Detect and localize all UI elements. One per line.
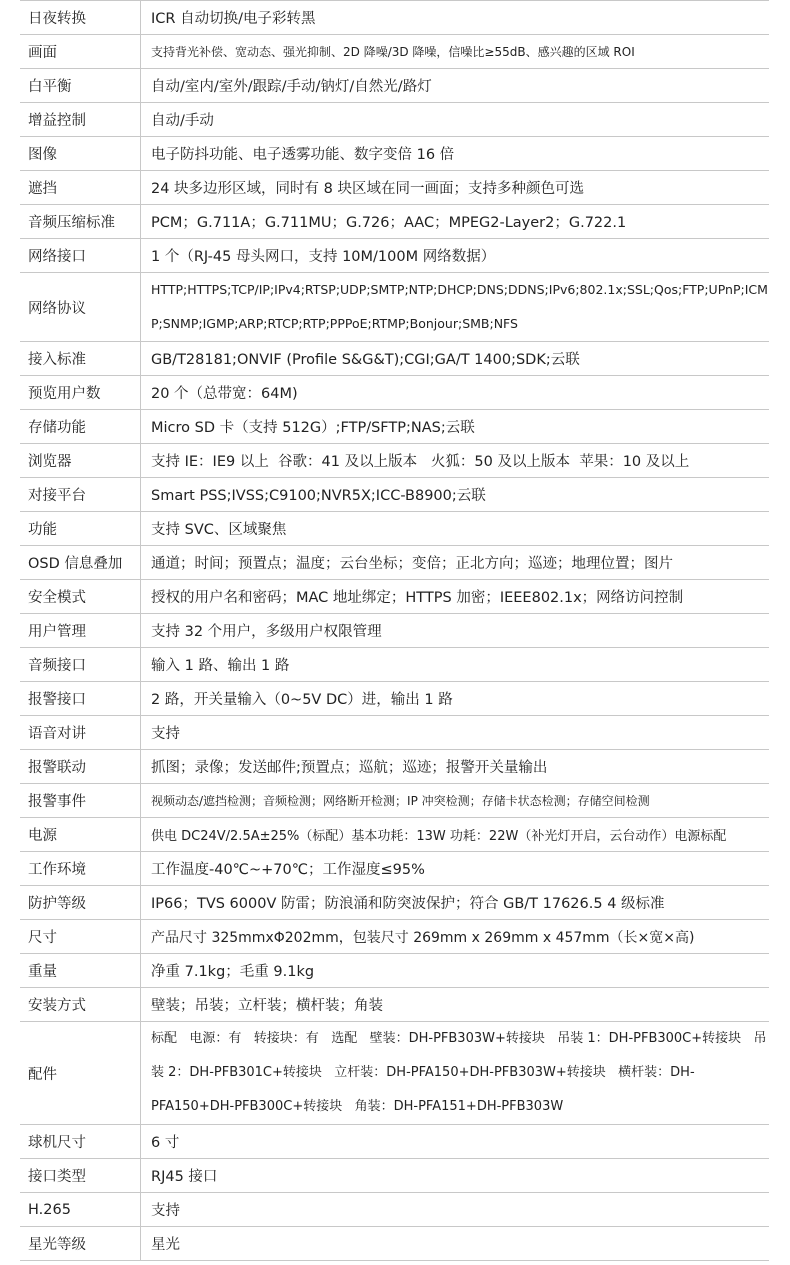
spec-label: OSD 信息叠加 <box>20 546 141 580</box>
spec-value: 供电 DC24V/2.5A±25%（标配）基本功耗：13W 功耗：22W（补光灯… <box>141 818 770 852</box>
spec-label: 接入标准 <box>20 342 141 376</box>
spec-value: 1 个（RJ-45 母头网口，支持 10M/100M 网络数据） <box>141 239 770 273</box>
spec-value: RJ45 接口 <box>141 1159 770 1193</box>
table-row: 工作环境工作温度-40℃~+70℃；工作湿度≤95% <box>20 852 769 886</box>
table-row: 音频压缩标准PCM；G.711A；G.711MU；G.726；AAC；MPEG2… <box>20 205 769 239</box>
table-row: 存储功能Micro SD 卡（支持 512G）;FTP/SFTP;NAS;云联 <box>20 410 769 444</box>
spec-label: 存储功能 <box>20 410 141 444</box>
spec-value: 视频动态/遮挡检测；音频检测；网络断开检测；IP 冲突检测；存储卡状态检测；存储… <box>141 784 770 818</box>
spec-label: 增益控制 <box>20 103 141 137</box>
spec-value: Smart PSS;IVSS;C9100;NVR5X;ICC-B8900;云联 <box>141 478 770 512</box>
spec-value: 自动/室内/室外/跟踪/手动/钠灯/自然光/路灯 <box>141 69 770 103</box>
table-row: 尺寸产品尺寸 325mmxΦ202mm，包装尺寸 269mm x 269mm x… <box>20 920 769 954</box>
spec-label: 用户管理 <box>20 614 141 648</box>
table-row: 星光等级星光 <box>20 1227 769 1261</box>
spec-label: 星光等级 <box>20 1227 141 1261</box>
spec-label: 工作环境 <box>20 852 141 886</box>
spec-value: 电子防抖功能、电子透雾功能、数字变倍 16 倍 <box>141 137 770 171</box>
table-row: 报警联动抓图；录像；发送邮件;预置点；巡航；巡迹；报警开关量输出 <box>20 750 769 784</box>
spec-label: 浏览器 <box>20 444 141 478</box>
table-row: 接入标准GB/T28181;ONVIF (Profile S&G&T);CGI;… <box>20 342 769 376</box>
table-row: 图像电子防抖功能、电子透雾功能、数字变倍 16 倍 <box>20 137 769 171</box>
spec-value: 产品尺寸 325mmxΦ202mm，包装尺寸 269mm x 269mm x 4… <box>141 920 770 954</box>
table-row: 语音对讲支持 <box>20 716 769 750</box>
spec-label: 防护等级 <box>20 886 141 920</box>
spec-label: 白平衡 <box>20 69 141 103</box>
spec-label: 日夜转换 <box>20 1 141 35</box>
spec-value: 输入 1 路、输出 1 路 <box>141 648 770 682</box>
spec-value: 6 寸 <box>141 1125 770 1159</box>
table-row: 接口类型RJ45 接口 <box>20 1159 769 1193</box>
table-row: 防护等级IP66；TVS 6000V 防雷；防浪涌和防突波保护；符合 GB/T … <box>20 886 769 920</box>
spec-value: 支持背光补偿、宽动态、强光抑制、2D 降噪/3D 降噪，信噪比≥55dB、感兴趣… <box>141 35 770 69</box>
spec-value: 支持 <box>141 1193 770 1227</box>
spec-label: 预览用户数 <box>20 376 141 410</box>
spec-value: 授权的用户名和密码；MAC 地址绑定；HTTPS 加密；IEEE802.1x；网… <box>141 580 770 614</box>
table-row: 配件标配 电源：有 转接块：有 选配 壁装：DH-PFB303W+转接块 吊装 … <box>20 1022 769 1125</box>
spec-label: 音频接口 <box>20 648 141 682</box>
spec-value: 壁装；吊装；立杆装；横杆装；角装 <box>141 988 770 1022</box>
spec-table: 日夜转换ICR 自动切换/电子彩转黑 画面支持背光补偿、宽动态、强光抑制、2D … <box>20 0 769 1261</box>
spec-label: 尺寸 <box>20 920 141 954</box>
spec-label: 画面 <box>20 35 141 69</box>
spec-label: 球机尺寸 <box>20 1125 141 1159</box>
spec-label: 音频压缩标准 <box>20 205 141 239</box>
table-row: 用户管理支持 32 个用户，多级用户权限管理 <box>20 614 769 648</box>
table-row: 网络协议HTTP;HTTPS;TCP/IP;IPv4;RTSP;UDP;SMTP… <box>20 273 769 342</box>
spec-label: 重量 <box>20 954 141 988</box>
spec-value: 星光 <box>141 1227 770 1261</box>
table-row: H.265支持 <box>20 1193 769 1227</box>
spec-value: 抓图；录像；发送邮件;预置点；巡航；巡迹；报警开关量输出 <box>141 750 770 784</box>
table-row: 音频接口输入 1 路、输出 1 路 <box>20 648 769 682</box>
spec-value: IP66；TVS 6000V 防雷；防浪涌和防突波保护；符合 GB/T 1762… <box>141 886 770 920</box>
table-row: 球机尺寸6 寸 <box>20 1125 769 1159</box>
spec-label: 安装方式 <box>20 988 141 1022</box>
table-row: 增益控制自动/手动 <box>20 103 769 137</box>
table-row: 画面支持背光补偿、宽动态、强光抑制、2D 降噪/3D 降噪，信噪比≥55dB、感… <box>20 35 769 69</box>
table-row: 电源供电 DC24V/2.5A±25%（标配）基本功耗：13W 功耗：22W（补… <box>20 818 769 852</box>
spec-label: 接口类型 <box>20 1159 141 1193</box>
spec-value: 2 路，开关量输入（0~5V DC）进，输出 1 路 <box>141 682 770 716</box>
spec-value: 支持 <box>141 716 770 750</box>
spec-label: 语音对讲 <box>20 716 141 750</box>
table-row: 对接平台Smart PSS;IVSS;C9100;NVR5X;ICC-B8900… <box>20 478 769 512</box>
spec-label: H.265 <box>20 1193 141 1227</box>
spec-value: 支持 IE：IE9 以上 谷歌：41 及以上版本 火狐：50 及以上版本 苹果：… <box>141 444 770 478</box>
table-row: 日夜转换ICR 自动切换/电子彩转黑 <box>20 1 769 35</box>
spec-value: 工作温度-40℃~+70℃；工作湿度≤95% <box>141 852 770 886</box>
table-row: OSD 信息叠加通道；时间；预置点；温度；云台坐标；变倍；正北方向；巡迹；地理位… <box>20 546 769 580</box>
spec-value: ICR 自动切换/电子彩转黑 <box>141 1 770 35</box>
spec-value: PCM；G.711A；G.711MU；G.726；AAC；MPEG2-Layer… <box>141 205 770 239</box>
spec-value: Micro SD 卡（支持 512G）;FTP/SFTP;NAS;云联 <box>141 410 770 444</box>
table-row: 安装方式壁装；吊装；立杆装；横杆装；角装 <box>20 988 769 1022</box>
table-row: 遮挡24 块多边形区域，同时有 8 块区域在同一画面；支持多种颜色可选 <box>20 171 769 205</box>
spec-label: 网络接口 <box>20 239 141 273</box>
spec-value: 通道；时间；预置点；温度；云台坐标；变倍；正北方向；巡迹；地理位置；图片 <box>141 546 770 580</box>
spec-value: 支持 32 个用户，多级用户权限管理 <box>141 614 770 648</box>
table-row: 浏览器支持 IE：IE9 以上 谷歌：41 及以上版本 火狐：50 及以上版本 … <box>20 444 769 478</box>
spec-label: 报警接口 <box>20 682 141 716</box>
table-row: 白平衡自动/室内/室外/跟踪/手动/钠灯/自然光/路灯 <box>20 69 769 103</box>
table-row: 功能支持 SVC、区域聚焦 <box>20 512 769 546</box>
spec-value: 支持 SVC、区域聚焦 <box>141 512 770 546</box>
spec-value: 20 个（总带宽：64M) <box>141 376 770 410</box>
spec-value: 24 块多边形区域，同时有 8 块区域在同一画面；支持多种颜色可选 <box>141 171 770 205</box>
spec-label: 功能 <box>20 512 141 546</box>
spec-value: 自动/手动 <box>141 103 770 137</box>
spec-label: 报警事件 <box>20 784 141 818</box>
table-row: 预览用户数20 个（总带宽：64M) <box>20 376 769 410</box>
spec-value: 标配 电源：有 转接块：有 选配 壁装：DH-PFB303W+转接块 吊装 1：… <box>141 1022 770 1125</box>
spec-label: 配件 <box>20 1022 141 1125</box>
spec-label: 遮挡 <box>20 171 141 205</box>
spec-value: HTTP;HTTPS;TCP/IP;IPv4;RTSP;UDP;SMTP;NTP… <box>141 273 770 342</box>
table-row: 报警接口2 路，开关量输入（0~5V DC）进，输出 1 路 <box>20 682 769 716</box>
table-row: 报警事件视频动态/遮挡检测；音频检测；网络断开检测；IP 冲突检测；存储卡状态检… <box>20 784 769 818</box>
spec-value: 净重 7.1kg；毛重 9.1kg <box>141 954 770 988</box>
table-row: 重量净重 7.1kg；毛重 9.1kg <box>20 954 769 988</box>
spec-label: 报警联动 <box>20 750 141 784</box>
spec-value: GB/T28181;ONVIF (Profile S&G&T);CGI;GA/T… <box>141 342 770 376</box>
spec-label: 安全模式 <box>20 580 141 614</box>
spec-label: 对接平台 <box>20 478 141 512</box>
table-row: 网络接口1 个（RJ-45 母头网口，支持 10M/100M 网络数据） <box>20 239 769 273</box>
spec-label: 图像 <box>20 137 141 171</box>
spec-label: 网络协议 <box>20 273 141 342</box>
table-row: 安全模式授权的用户名和密码；MAC 地址绑定；HTTPS 加密；IEEE802.… <box>20 580 769 614</box>
spec-label: 电源 <box>20 818 141 852</box>
